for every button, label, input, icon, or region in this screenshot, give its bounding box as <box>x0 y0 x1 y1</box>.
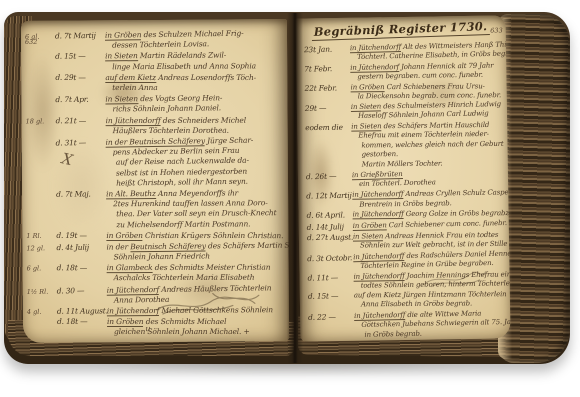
page-number-left: 632 <box>25 38 37 46</box>
entry-text: auf dem Kietz Jürgen Hintzmann Töchterle… <box>354 290 508 310</box>
entry-line: auf dem Kietz Andreas Losendorffs Töch- <box>105 73 285 83</box>
entry-line: in Jütchendorff Georg Golze in Gröbs beg… <box>353 209 507 220</box>
entry-text: in Sieten des Schäfers Martin HauschildE… <box>351 121 506 170</box>
fee-note: 6 gl. <box>27 264 57 274</box>
entry-text-segment: zu Michelsendorff Martin Postmann. <box>116 219 250 229</box>
entry-date: d. 22 — <box>308 312 354 323</box>
entry-line: richs Söhnlein Johann Daniel. <box>112 103 285 115</box>
entry-date: d. 12t Martij <box>306 191 352 202</box>
entry-text: in der Beutnisch Schäferey Jürge Schar-p… <box>106 135 287 189</box>
register-entry: 18 gl.d. 21t —in Jütchendorff des Schnei… <box>26 115 286 136</box>
entry-text-segment: Häußlers Töchterlein Dorothea. <box>113 126 229 135</box>
entry-date: d. 15t — <box>308 292 354 302</box>
entry-line: dessen Töchterlein Lovisa. <box>112 38 285 51</box>
entry-text-segment: des Schmidts Meister Christian <box>153 263 271 272</box>
register-entry: d. 27t Augst.in Sieten Andreas Hennick F… <box>305 231 507 252</box>
entry-line: linge Maria Elisabeth und Anna Sophia <box>112 61 285 72</box>
entry-text: in Gröben des Schulzen Michael Frig-dess… <box>105 28 285 51</box>
entry-text-segment: ein Töchterl. Dorothea <box>359 179 436 189</box>
place-name: in Glambeck <box>107 263 153 273</box>
photo-of-open-register-book: 632 6 gl.d. 7t Martijin Gröben des Schul… <box>0 0 580 397</box>
place-name: in Sieten <box>353 232 383 241</box>
entry-text-segment: Söhnlein zur Welt gebracht, ist in der S… <box>360 240 511 250</box>
entry-text-segment: heißt Christoph, soll ihr Mann seyn. <box>116 176 248 187</box>
entry-text: in Sieten des Vogts Georg Hein-richs Söh… <box>105 93 285 115</box>
fee-note: 1 Rl. <box>26 231 56 241</box>
entry-text-segment: Andreas Losendorffs Töch- <box>156 73 256 82</box>
entry-text-segment: Martin Rädelands Zwil- <box>138 51 227 61</box>
entry-text-segment: des Schäfers Martin Hauschild <box>381 121 489 130</box>
left-page: 632 6 gl.d. 7t Martijin Gröben des Schul… <box>21 19 289 343</box>
entry-date: d. 7t Apr. <box>55 95 105 106</box>
entry-line: terlein Anna <box>112 83 285 93</box>
entry-line: gleichen Söhnlein Johann Michael. + <box>114 328 287 338</box>
entry-text: in Sieten des Schulmeisters Hinrich Ludw… <box>351 100 505 122</box>
right-page: Begräbniß Register 1730. 633 23t Jan.in … <box>295 15 510 341</box>
register-entry: d. 15t —auf dem Kietz Jürgen Hintzmann T… <box>306 290 508 310</box>
entry-text: in Jütchendorf Johann Hennick alt 79 Jah… <box>350 61 504 82</box>
entry-date: d. 4t Julij <box>56 243 106 254</box>
entry-text: in Jütchendorff Alt des Wittmeisters Han… <box>350 41 504 63</box>
entry-text-segment: auf der Reise nach Luckenwalde da- <box>116 156 249 167</box>
entry-line: zu Michelsendorff Martin Postmann. <box>116 219 286 230</box>
register-entry: d. 31t —in der Beutnisch Schäferey Jürge… <box>26 135 287 190</box>
place-name: in Jütchendorff <box>353 252 404 262</box>
place-name: in Jütchendorff <box>106 116 161 126</box>
place-name: in Jütchendorff <box>353 210 404 219</box>
entry-text: in Jütchendorff die alte Wittwe MariaGöt… <box>354 309 509 340</box>
register-entry: d. 7t Apr.in Sieten des Vogts Georg Hein… <box>25 93 285 116</box>
register-entry: 6 gl.d. 18t —in Glambeck des Schmidts Me… <box>27 263 287 284</box>
entry-line: gestern begraben. cum conc. funebr. <box>357 71 504 83</box>
place-name: Beutnisch Schäferey <box>130 242 206 253</box>
entry-text: auf dem Kietz Andreas Losendorffs Töch-t… <box>105 73 285 94</box>
ink-scribble <box>153 287 263 318</box>
entry-line: Söhnlein Johann Friedrich <box>114 251 287 263</box>
entry-text: in Gröben Christian Krügers Söhnlein Chr… <box>106 231 286 241</box>
entry-text-segment: Aschalcks Töchterlein Maria Elisabeth <box>114 273 255 282</box>
place-name: in Sieten <box>351 122 381 131</box>
entry-date: d. 27t Augst. <box>307 232 353 243</box>
register-entry: d. 18t —in Gröben des Schmidts Michaelgl… <box>27 317 287 338</box>
entry-text-segment: in der <box>106 242 130 251</box>
entry-line: Brentrein in Gröbs begrab. <box>359 198 506 210</box>
entry-text-segment: selbst ist in Hohen niedergestorben <box>116 166 247 177</box>
entry-line: heißt Christoph, soll ihr Mann seyn. <box>116 176 286 189</box>
entry-text-segment: gleichen Söhnlein Johann Michael. + <box>114 328 250 337</box>
place-name: in Jütchendorf <box>350 63 399 73</box>
entry-line: in Gröben Christian Krügers Söhnlein Chr… <box>106 231 286 241</box>
entry-date: d. 29t — <box>55 73 105 83</box>
entry-text-segment: gestern begraben. cum conc. funebr. <box>357 71 483 81</box>
fee-note: 18 gl. <box>26 116 56 126</box>
place-name: in Gröben <box>353 221 387 231</box>
entry-text-segment: Johann Hennick alt 79 Jahr <box>399 61 494 70</box>
entry-text: in Alt. Beuthz Anna Meyendorffs ihr2tes … <box>106 188 286 230</box>
entry-text-segment: Söhnlein Johann Friedrich <box>114 252 210 262</box>
entry-date: d. 11t August. <box>57 307 107 317</box>
register-entry: 12 gl.d. 4t Julijin der Beutnisch Schäfe… <box>26 241 286 264</box>
entry-text-segment: des Radschülers Daniel Henne <box>404 249 510 260</box>
cross-mark: X <box>60 149 75 169</box>
entry-text-segment: Ehefrau mit einem Töchterlein nieder- <box>358 131 489 141</box>
entry-text-segment: Göttschken Jubehans Schwiegerin alt 75. … <box>361 318 510 329</box>
entry-text: in Jütchendorff Andreas Cryllen Schulz C… <box>352 188 506 209</box>
place-name: in Gröben <box>106 231 142 241</box>
entry-text-segment: Haseloff Söhnlein Johann Carl Ludwig <box>358 110 489 121</box>
entry-text-segment: Georg Golze in Gröbs begrabz. <box>404 209 511 218</box>
entry-date: d. 15t — <box>55 52 105 62</box>
register-entry: 1 Rl.d. 19t —in Gröben Christian Krügers… <box>26 231 286 241</box>
entry-date: 23t Jan. <box>304 44 350 55</box>
entry-date: d. 7t Maj. <box>56 189 106 199</box>
entry-text-segment: Anna Elisabeth in Gröbs begrab. <box>361 300 472 309</box>
entry-date: d. 7t Martij <box>55 31 105 42</box>
place-name: in Jütchendorff <box>352 190 403 200</box>
entry-text-segment: dessen Töchterlein Lovisa. <box>112 39 209 49</box>
entry-line: Aschalcks Töchterlein Maria Elisabeth <box>114 273 287 284</box>
entry-text-segment: des Schulzen Michael Frig- <box>141 29 243 39</box>
bottom-flourish-mark: u <box>145 324 150 333</box>
entry-text: in Gröben Carl Schiebener cum conc. fune… <box>353 219 507 231</box>
register-entry: d. 29t —auf dem Kietz Andreas Losendorff… <box>25 73 285 94</box>
fee-note: 4 gl. <box>27 307 57 317</box>
register-entry: 23t Jan.in Jütchendorff Alt des Wittmeis… <box>302 41 504 65</box>
register-entry: 29t —in Sieten des Schulmeisters Hinrich… <box>303 100 505 123</box>
entry-line: thea. Der Vater soll seyn ein Drusch-Kne… <box>116 209 286 220</box>
entry-text: in Grießbrütenein Töchterl. Dorothea <box>352 168 506 190</box>
entry-text: in Sieten Martin Rädelands Zwil-linge Ma… <box>105 50 285 72</box>
entry-text-segment: kommen, welches gleich nach der Geburt <box>361 140 503 150</box>
entry-date: 7t Febr. <box>304 64 350 75</box>
entry-date: d. 14t Julij <box>307 222 353 233</box>
register-entry: d. 12t Martijin Jütchendorff Andreas Cry… <box>304 188 506 210</box>
register-title: Begräbniß Register 1730. <box>312 19 490 41</box>
entry-text-segment: terlein Anna <box>112 83 157 92</box>
entry-text-segment: Anna Meyendorffs ihr <box>156 188 238 198</box>
entry-line: in Jütchendorff des Schneiders Michel <box>106 115 286 126</box>
register-entry: d. 15t —in Sieten Martin Rädelands Zwil-… <box>25 50 285 72</box>
entry-date: d. 18t — <box>57 264 107 274</box>
entry-text-segment: 2tes Hurenkind tauffen lassen Anna Doro- <box>113 198 268 208</box>
entry-text-segment: des Schneiders Michel <box>161 115 246 124</box>
ink-scribble <box>419 266 489 291</box>
entry-text-segment: richs Söhnlein Johann Daniel. <box>112 104 221 114</box>
fee-note: 12 gl. <box>26 243 56 253</box>
register-entry: 22t Febr.in Gröben Carl Schiebeners Frau… <box>303 82 505 102</box>
entry-text-segment: die alte Wittwe Maria <box>405 310 481 319</box>
place-name: auf dem Kietz <box>105 73 156 83</box>
entry-text-segment: Andreas Cryllen Schulz Casper <box>403 188 510 198</box>
register-entry: d. 22 —in Jütchendorff die alte Wittwe M… <box>306 309 509 341</box>
entry-date: d. 18t — <box>57 317 107 327</box>
entry-text: in Jütchendorff Georg Golze in Gröbs beg… <box>353 209 507 220</box>
entry-text: in Sieten Andreas Hennick Frau ein todte… <box>353 231 507 252</box>
entries-right: 23t Jan.in Jütchendorff Alt des Wittmeis… <box>296 40 511 341</box>
entry-text-segment: gestorben. <box>362 151 399 159</box>
entry-date: d. 19t — <box>56 231 106 241</box>
entry-text-segment: Martin Möllers Tochter. <box>362 159 443 168</box>
place-name: in Jütchendorf <box>107 285 159 296</box>
entry-text-segment: Christian Krügers Söhnlein Christian. <box>143 231 284 240</box>
place-name: in Sieten <box>105 52 138 62</box>
entry-text: in Jütchendorff des Schneiders MichelHäu… <box>106 115 286 136</box>
entry-text: in Gröben Carl Schiebeners Frau Ursu-la … <box>351 82 505 102</box>
book-gutter <box>287 13 303 363</box>
place-name: in Gröben <box>351 83 385 92</box>
entry-text-segment: Carl Schiebener cum conc. funebr. <box>387 219 507 229</box>
entry-text-segment: des Schmidts Michael <box>143 317 226 326</box>
register-entry: eodem diein Sieten des Schäfers Martin H… <box>303 121 506 170</box>
place-name: in Jütchendorf <box>107 306 159 316</box>
entry-date: d. 26t — <box>306 171 352 182</box>
entry-text-segment: thea. Der Vater soll seyn ein Drusch-Kne… <box>116 209 276 219</box>
entry-text-segment: in Gröbs begrab. <box>364 330 422 339</box>
entry-date: 22t Febr. <box>305 83 351 93</box>
entry-text-segment: Andreas Hennick Frau ein todtes <box>383 231 498 240</box>
entry-text-segment: la Dieckensohn begrab. cum conc. funebr. <box>358 91 501 100</box>
register-entry: d. 26t —in Grießbrütenein Töchterl. Doro… <box>304 168 506 192</box>
place-name: in Alt. Beuthz <box>106 189 156 199</box>
entry-text-segment: linge Maria Elisabeth und Anna Sophia <box>112 61 256 71</box>
entry-date: d. 21t — <box>56 116 106 126</box>
entry-date: d. 3t Octobr. <box>307 253 353 264</box>
entry-date: d. 31t — <box>56 138 106 149</box>
entry-text-segment: auf dem Kietz Jürgen Hintzmann Töchterle… <box>354 290 507 299</box>
entry-text-segment: Brentrein in Gröbs begrab. <box>359 199 451 208</box>
entry-text-segment: des Vogts Georg Hein- <box>138 93 222 103</box>
entry-date: eodem die <box>305 123 351 134</box>
place-name: in Gröben <box>105 30 142 41</box>
entry-text: in Glambeck des Schmidts Meister Christi… <box>107 263 287 284</box>
entry-line: in Gröben Carl Schiebener cum conc. fune… <box>353 219 507 231</box>
entry-date: d. 11t — <box>307 272 353 283</box>
entry-date: d. 6t April. <box>307 210 353 220</box>
entry-date: d. 30 — <box>57 286 107 297</box>
entry-date: 29t — <box>305 103 351 114</box>
page-number-right: 633 <box>490 26 503 34</box>
fee-note: 1½ Rl. <box>27 286 57 296</box>
entry-line: in Gröbs begrab. <box>364 328 508 340</box>
place-name: in Jütchendorff <box>353 272 404 282</box>
entry-text: in der Beutnisch Schäferey des Schäfers … <box>106 241 286 263</box>
entry-text-segment: des Schäfers Martin Schulze <box>206 240 289 250</box>
entry-text: in Gröben des Schmidts Michaelgleichen S… <box>107 317 287 338</box>
entry-text-segment: pens Abdecker zu Berlin sein Frau <box>113 146 240 157</box>
entry-text-segment: Jürge Schar- <box>205 136 253 146</box>
place-name: in Sieten <box>105 94 138 104</box>
place-name: in Gröben <box>107 317 143 327</box>
entry-text-segment: Carl Schiebeners Frau Ursu- <box>384 82 484 91</box>
register-entry: 6 gl.d. 7t Martijin Gröben des Schulzen … <box>25 28 285 52</box>
register-entry: 7t Febr.in Jütchendorf Johann Hennick al… <box>302 61 504 83</box>
register-entry: d. 7t Maj.in Alt. Beuthz Anna Meyendorff… <box>26 188 286 231</box>
